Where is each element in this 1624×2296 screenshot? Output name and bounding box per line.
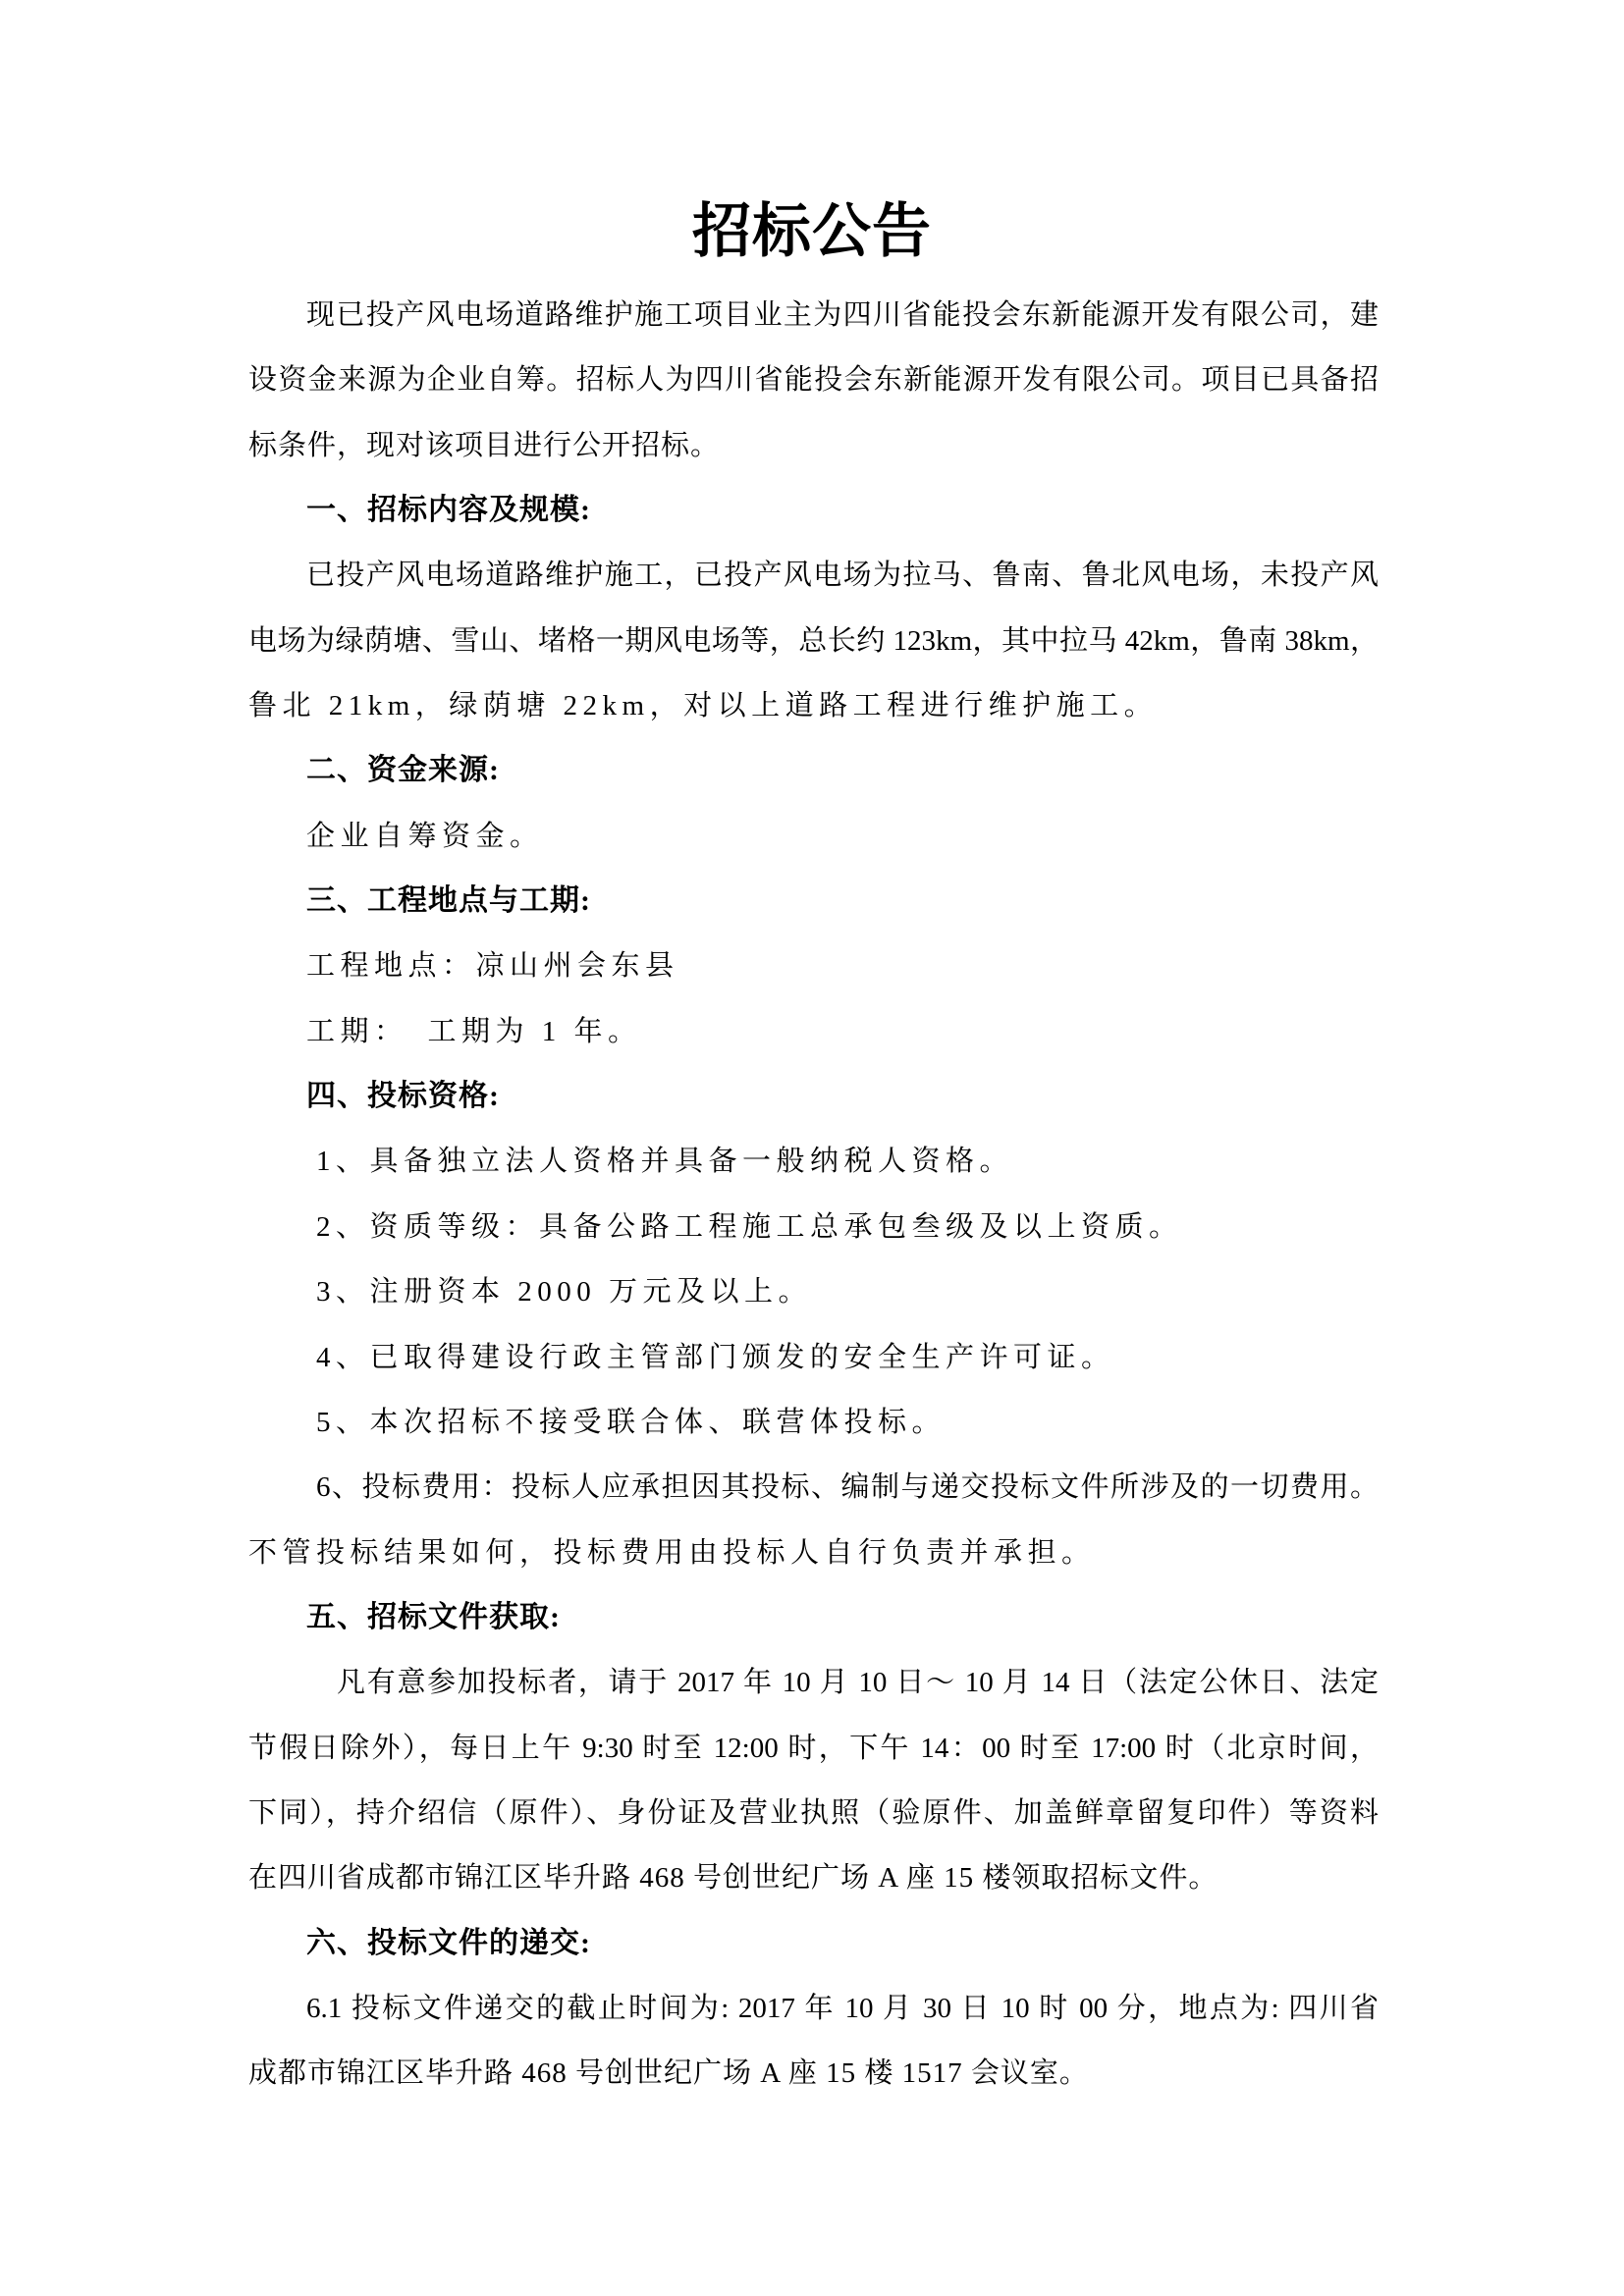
project-location-line: 工程地点：凉山州会东县 [248, 934, 1379, 998]
section-5-line-3: 下同），持介绍信（原件）、身份证及营业执照（验原件、加盖鲜章留复印件）等资料 [248, 1781, 1379, 1845]
intro-line-3: 标条件，现对该项目进行公开招标。 [248, 413, 1379, 478]
document-title: 招标公告 [0, 192, 1624, 271]
section-1-heading: 一、招标内容及规模: [248, 478, 1379, 543]
qualification-item-1: 1、具备独立法人资格并具备一般纳税人资格。 [248, 1129, 1379, 1194]
qualification-item-5: 5、本次招标不接受联合体、联营体投标。 [248, 1390, 1379, 1455]
section-5-line-4: 在四川省成都市锦江区毕升路 468 号创世纪广场 A 座 15 楼领取招标文件。 [248, 1845, 1379, 1910]
qualification-item-3: 3、注册资本 2000 万元及以上。 [248, 1259, 1379, 1324]
qualification-item-6-line-2: 不管投标结果如何，投标费用由投标人自行负责并承担。 [248, 1521, 1379, 1585]
qualification-item-4: 4、已取得建设行政主管部门颁发的安全生产许可证。 [248, 1325, 1379, 1390]
intro-line-2: 设资金来源为企业自筹。招标人为四川省能投会东新能源开发有限公司。项目已具备招 [248, 347, 1379, 412]
section-1-line-2: 电场为绿荫塘、雪山、堵格一期风电场等，总长约 123km，其中拉马 42km，鲁… [248, 609, 1379, 673]
section-2-content: 企业自筹资金。 [248, 804, 1379, 869]
section-4-heading: 四、投标资格: [248, 1064, 1379, 1129]
document-body: 现已投产风电场道路维护施工项目业主为四川省能投会东新能源开发有限公司，建 设资金… [248, 283, 1379, 2107]
intro-line-1: 现已投产风电场道路维护施工项目业主为四川省能投会东新能源开发有限公司，建 [248, 283, 1379, 347]
project-duration-line: 工期： 工期为 1 年。 [248, 999, 1379, 1064]
section-6-line-1: 6.1 投标文件递交的截止时间为: 2017 年 10 月 30 日 10 时 … [248, 1976, 1379, 2041]
section-1-line-3: 鲁北 21km，绿荫塘 22km，对以上道路工程进行维护施工。 [248, 673, 1379, 738]
section-5-line-2: 节假日除外），每日上午 9:30 时至 12:00 时，下午 14：00 时至 … [248, 1716, 1379, 1781]
document-page: 招标公告 现已投产风电场道路维护施工项目业主为四川省能投会东新能源开发有限公司，… [0, 0, 1624, 2296]
qualification-item-2: 2、资质等级：具备公路工程施工总承包叁级及以上资质。 [248, 1195, 1379, 1259]
section-2-heading: 二、资金来源: [248, 738, 1379, 803]
section-5-line-1: 凡有意参加投标者，请于 2017 年 10 月 10 日～ 10 月 14 日（… [248, 1650, 1379, 1715]
section-6-line-2: 成都市锦江区毕升路 468 号创世纪广场 A 座 15 楼 1517 会议室。 [248, 2041, 1379, 2106]
section-6-heading: 六、投标文件的递交: [248, 1911, 1379, 1976]
section-3-heading: 三、工程地点与工期: [248, 869, 1379, 934]
section-1-line-1: 已投产风电场道路维护施工，已投产风电场为拉马、鲁南、鲁北风电场，未投产风 [248, 543, 1379, 608]
section-5-heading: 五、招标文件获取: [248, 1585, 1379, 1650]
qualification-item-6-line-1: 6、投标费用：投标人应承担因其投标、编制与递交投标文件所涉及的一切费用。 [248, 1455, 1379, 1520]
